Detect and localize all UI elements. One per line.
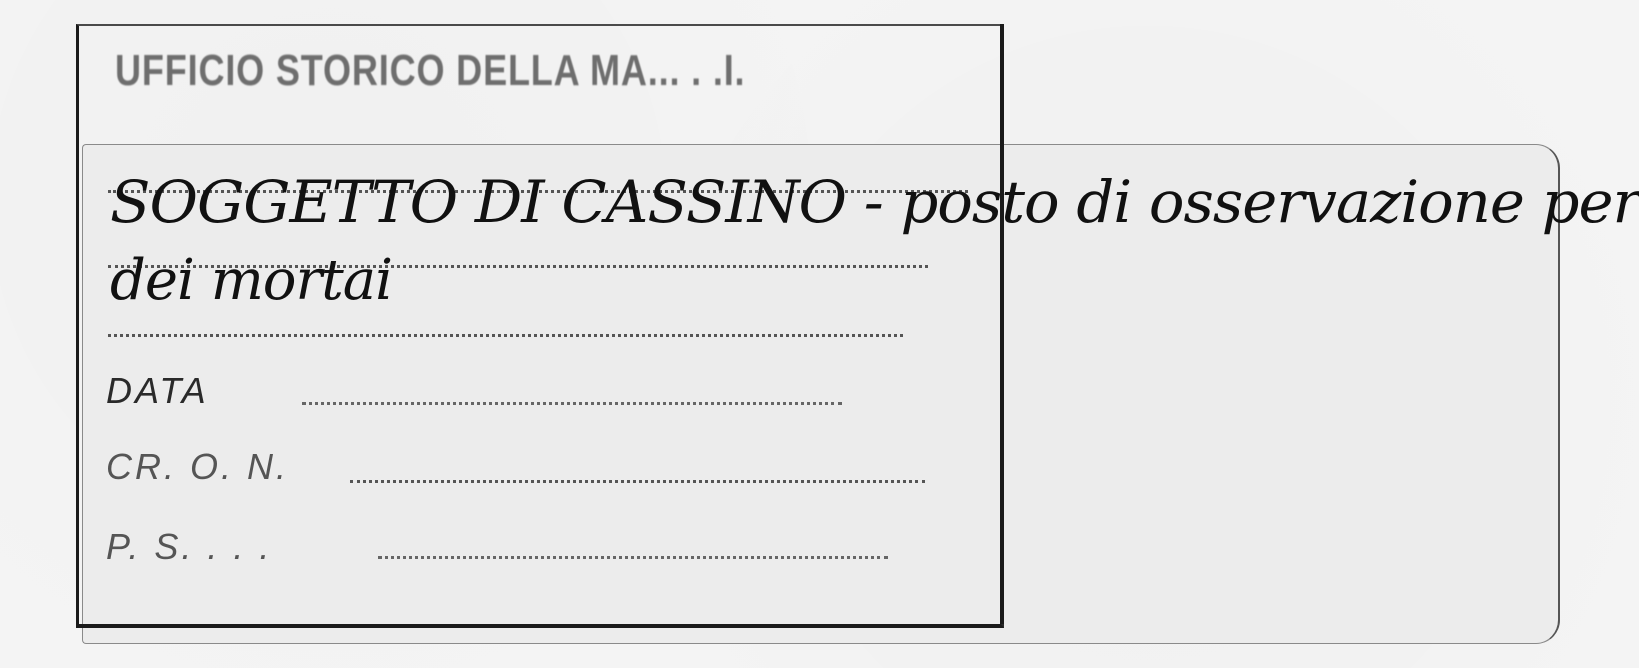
stamp-header: UFFICIO STORICO DELLA MA... . .I. <box>115 46 745 96</box>
field-label-data: DATA <box>106 370 209 412</box>
field-line-cron <box>350 480 925 483</box>
field-label-ps: P. S. . . . <box>106 526 272 568</box>
stamp-frame-right-edge <box>1000 24 1004 624</box>
field-line-data <box>302 402 842 405</box>
handwritten-subject-line-2: dei mortai <box>110 248 392 313</box>
field-line-ps <box>378 556 888 559</box>
field-label-cron: CR. O. N. <box>106 446 289 488</box>
ruled-line-3 <box>108 334 903 337</box>
handwritten-subject-line-1: SOGGETTO DI CASSINO - posto di osservazi… <box>110 168 1639 236</box>
